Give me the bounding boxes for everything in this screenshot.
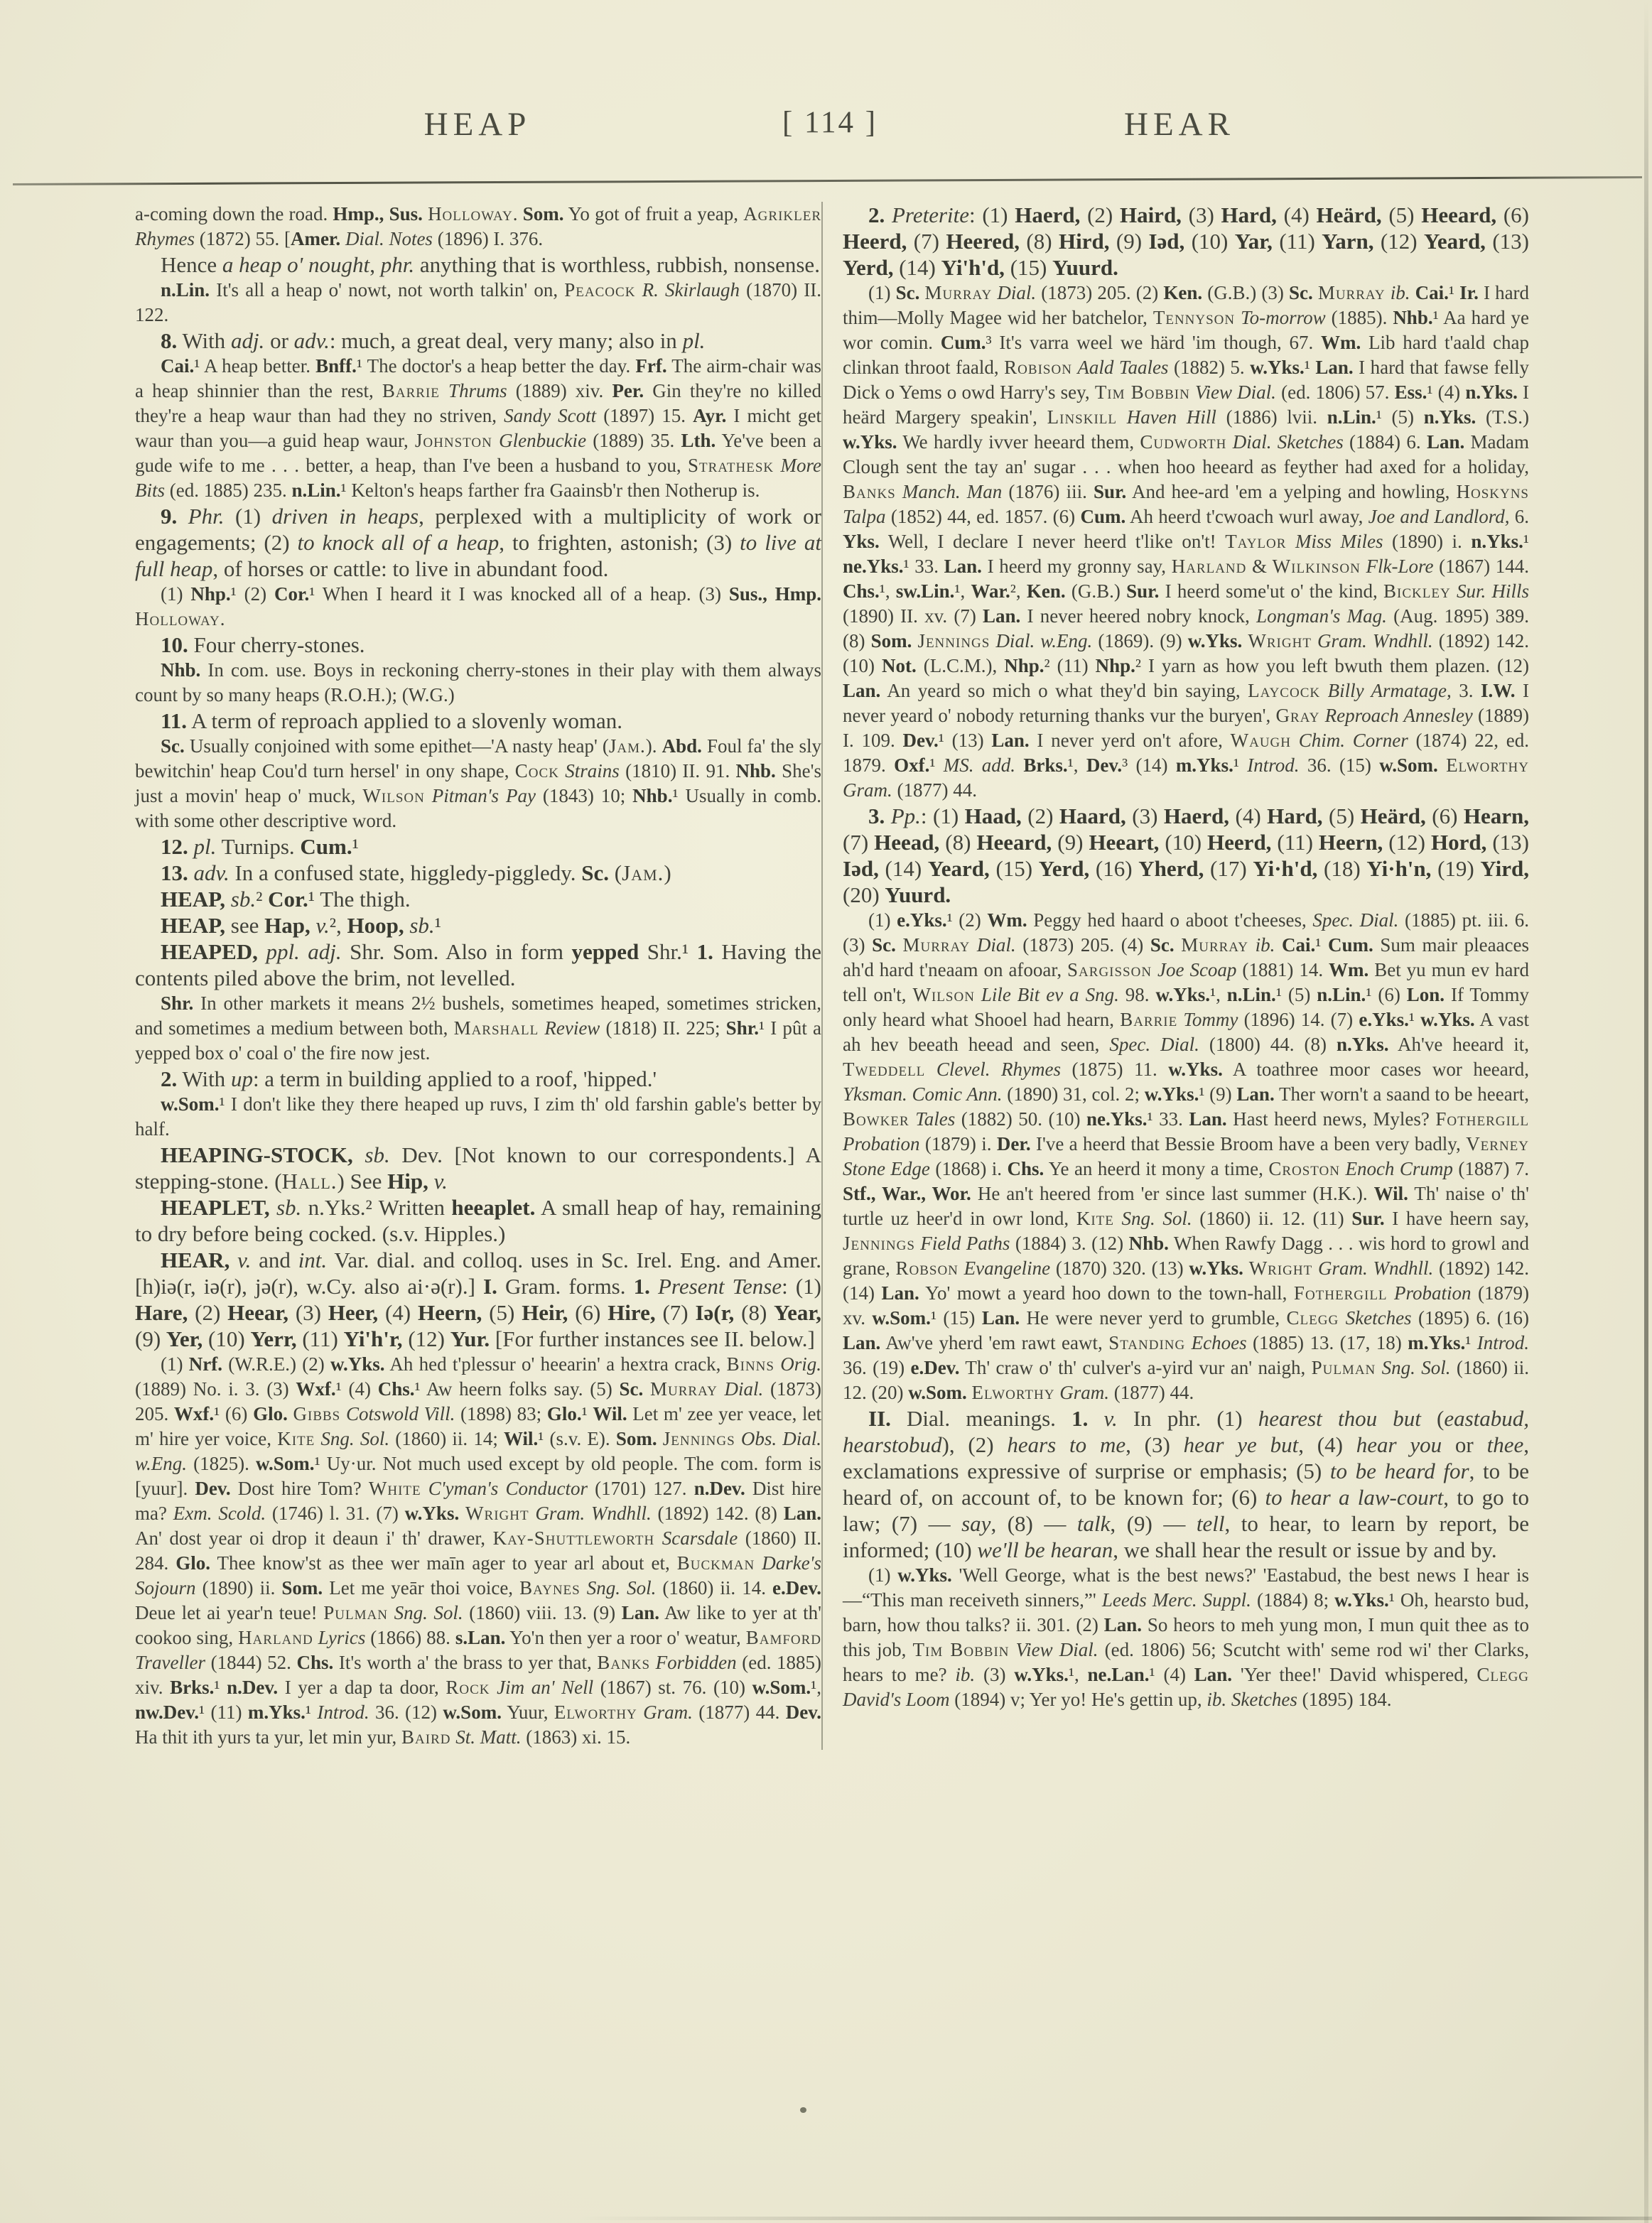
definition-paragraph: II. Dial. meanings. 1. v. In phr. (1) he…	[843, 1405, 1529, 1563]
citation-paragraph: w.Som.¹ I don't like they there heaped u…	[135, 1092, 821, 1142]
header-rule	[13, 176, 1642, 185]
definition-paragraph: HEAPLET, sb. n.Yks.² Written heeaplet. A…	[135, 1194, 821, 1247]
citation-paragraph: (1) Sc. Murray Dial. (1873) 205. (2) Ken…	[843, 281, 1529, 803]
text-columns: a-coming down the road. Hmp., Sus. Hollo…	[135, 202, 1529, 1750]
definition-paragraph: 2. Preterite: (1) Haerd, (2) Haird, (3) …	[843, 202, 1529, 281]
citation-paragraph: (1) Nrf. (W.R.E.) (2) w.Yks. Ah hed t'pl…	[135, 1352, 821, 1750]
citation-paragraph: a-coming down the road. Hmp., Sus. Hollo…	[135, 202, 821, 251]
definition-paragraph: HEAPING-STOCK, sb. Dev. [Not known to ou…	[135, 1142, 821, 1194]
citation-paragraph: Sc. Usually conjoined with some epithet—…	[135, 734, 821, 833]
definition-paragraph: 10. Four cherry-stones.	[135, 632, 821, 658]
ink-spot	[800, 2107, 806, 2113]
header-word-right: HEAR	[1094, 105, 1265, 144]
right-column: 2. Preterite: (1) Haerd, (2) Haird, (3) …	[821, 202, 1529, 1750]
definition-paragraph: HEAP, see Hap, v.², Hoop, sb.¹	[135, 912, 821, 939]
definition-paragraph: HEAR, v. and int. Var. dial. and colloq.…	[135, 1247, 821, 1352]
definition-paragraph: 13. adv. In a confused state, higgledy-p…	[135, 860, 821, 886]
citation-paragraph: (1) w.Yks. 'Well George, what is the bes…	[843, 1563, 1529, 1712]
citation-paragraph: n.Lin. It's all a heap o' nowt, not wort…	[135, 278, 821, 328]
definition-paragraph: HEAP, sb.² Cor.¹ The thigh.	[135, 886, 821, 912]
definition-paragraph: 2. With up: a term in building applied t…	[135, 1066, 821, 1092]
running-header: HEAP [ 114 ] HEAR	[0, 105, 1652, 162]
citation-paragraph: (1) Nhp.¹ (2) Cor.¹ When I heard it I wa…	[135, 582, 821, 632]
scan-edge-right	[1644, 0, 1648, 2223]
definition-paragraph: HEAPED, ppl. adj. Shr. Som. Also in form…	[135, 939, 821, 991]
definition-paragraph: 8. With adj. or adv.: much, a great deal…	[135, 328, 821, 354]
definition-paragraph: 12. pl. Turnips. Cum.¹	[135, 833, 821, 860]
citation-paragraph: Cai.¹ A heap better. Bnff.¹ The doctor's…	[135, 354, 821, 503]
definition-paragraph: Hence a heap o' nought, phr. anything th…	[135, 251, 821, 278]
left-column: a-coming down the road. Hmp., Sus. Hollo…	[135, 202, 821, 1750]
header-word-left: HEAP	[392, 105, 563, 144]
scan-edge-bottom	[0, 2217, 1652, 2220]
citation-paragraph: Nhb. In com. use. Boys in reckoning cher…	[135, 658, 821, 708]
citation-paragraph: Shr. In other markets it means 2½ bushel…	[135, 991, 821, 1066]
definition-paragraph: 11. A term of reproach applied to a slov…	[135, 708, 821, 734]
dictionary-page: HEAP [ 114 ] HEAR a-coming down the road…	[0, 0, 1652, 2223]
definition-paragraph: 3. Pp.: (1) Haad, (2) Haard, (3) Haerd, …	[843, 803, 1529, 908]
definition-paragraph: 9. Phr. (1) driven in heaps, perplexed w…	[135, 503, 821, 582]
citation-paragraph: (1) e.Yks.¹ (2) Wm. Peggy hed haard o ab…	[843, 908, 1529, 1405]
page-number: [ 114 ]	[745, 105, 915, 140]
